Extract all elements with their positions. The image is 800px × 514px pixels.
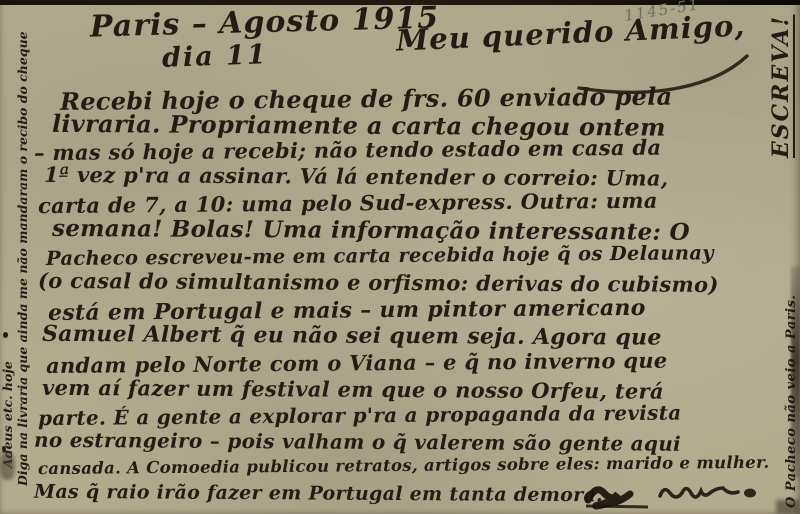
salutation: Meu querido Amigo, (395, 8, 746, 57)
ink-dot (2, 446, 6, 451)
ink-dot (3, 332, 8, 338)
scan-smudge-right (791, 266, 800, 478)
dateline: Paris – Agosto 1915 (90, 0, 440, 44)
signature-scrawl (582, 476, 760, 512)
day-line: dia 11 (161, 39, 268, 74)
scan-smudge-corner (776, 500, 800, 514)
margin-note-escreva: ESCREVA! (768, 8, 794, 158)
margin-note-left-1: Adeus etc. hoje (0, 18, 15, 468)
margin-note-left-2: Diga na livraria que ainda me não mandar… (15, 26, 30, 486)
letter-body: Recebi hoje o cheque de frs. 60 enviado … (34, 84, 758, 510)
ink-blob-left (0, 452, 15, 480)
postcard-scan: Paris – Agosto 1915 dia 11 Meu querido A… (0, 0, 800, 514)
